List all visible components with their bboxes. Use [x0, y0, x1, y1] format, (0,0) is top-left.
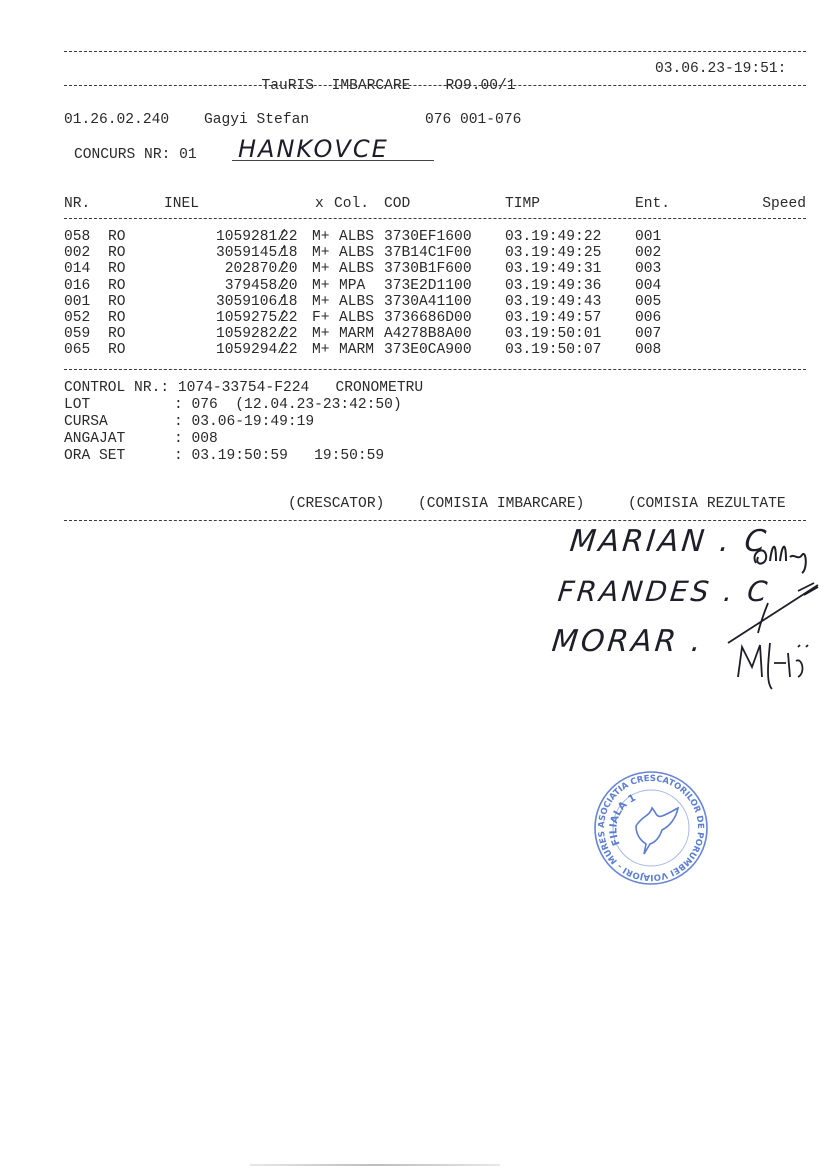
cell-time: 03.19:49:57 — [505, 310, 601, 327]
cell-color: ALBS — [339, 229, 374, 246]
divider — [64, 520, 806, 521]
table-row: 058RO1059281/22M+ALBS3730EF160003.19:49:… — [64, 229, 806, 246]
table-header: NR. INEL x Col. COD TIMP Ent. Speed — [64, 196, 806, 213]
angajat-label: ANGAJAT — [64, 431, 174, 448]
cell-ring: 1059275/ — [216, 310, 286, 327]
cell-sex: M+ — [312, 294, 330, 311]
cell-time: 03.19:49:43 — [505, 294, 601, 311]
ora-set-label: ORA SET — [64, 448, 174, 465]
table-row: 059RO1059282/22M+MARMA4278B8A0003.19:50:… — [64, 326, 806, 343]
signature-3: MORAR . — [551, 633, 705, 650]
cell-nr: 058 — [64, 229, 90, 246]
signature-3-name: MORAR . — [550, 624, 705, 659]
cell-time: 03.19:50:01 — [505, 326, 601, 343]
cursa-value: 03.06-19:49:19 — [192, 414, 315, 430]
device-type: CRONOMETRU — [336, 380, 424, 396]
cell-nr: 002 — [64, 245, 90, 262]
cell-code: 373E0CA900 — [384, 342, 472, 359]
cell-entry: 003 — [635, 261, 661, 278]
cell-time: 03.19:49:36 — [505, 278, 601, 295]
cell-color: MPA — [339, 278, 365, 295]
cell-color: ALBS — [339, 294, 374, 311]
table-row: 052RO1059275/22F+ALBS3736686D0003.19:49:… — [64, 310, 806, 327]
cursa-label: CURSA — [64, 414, 174, 431]
cell-sex: M+ — [312, 326, 330, 343]
cell-nr: 065 — [64, 342, 90, 359]
cell-time: 03.19:50:07 — [505, 342, 601, 359]
divider — [64, 51, 806, 52]
app-title: TauRIS IMBARCARE RO9.00/1 — [244, 61, 516, 95]
cell-country: RO — [108, 261, 126, 278]
cell-entry: 001 — [635, 229, 661, 246]
cell-nr: 001 — [64, 294, 90, 311]
cell-color: ALBS — [339, 245, 374, 262]
cell-ring: 3059106/ — [216, 294, 286, 311]
col-ent: Ent. — [635, 196, 670, 213]
cell-color: MARM — [339, 342, 374, 359]
cell-code: 373E2D1100 — [384, 278, 472, 295]
cell-code: 37B14C1F00 — [384, 245, 472, 262]
cell-entry: 006 — [635, 310, 661, 327]
ora-set-value: 03.19:50:59 19:50:59 — [192, 448, 385, 464]
cell-year: 20 — [280, 261, 298, 278]
cell-country: RO — [108, 278, 126, 295]
cell-code: 3730B1F600 — [384, 261, 472, 278]
cell-year: 22 — [280, 342, 298, 359]
signature-3-mark-icon — [734, 633, 824, 699]
module-name: IMBARCARE — [332, 78, 411, 94]
cell-nr: 014 — [64, 261, 90, 278]
signature-1: MARIAN . C — [569, 533, 769, 550]
cell-ring: 3059145/ — [216, 245, 286, 262]
cell-ring: 379458/ — [225, 278, 286, 295]
cell-entry: 002 — [635, 245, 661, 262]
table-row: 002RO3059145/18M+ALBS37B14C1F0003.19:49:… — [64, 245, 806, 262]
cell-code: A4278B8A00 — [384, 326, 472, 343]
scan-edge — [250, 1164, 500, 1166]
sig-crescator: (CRESCATOR) — [288, 496, 384, 513]
association-stamp: ASOCIATIA CRESCATORILOR DE PORUMBEI VOIA… — [590, 770, 712, 886]
cell-code: 3736686D00 — [384, 310, 472, 327]
cell-sex: M+ — [312, 342, 330, 359]
signature-1-name: MARIAN . C — [568, 524, 770, 559]
fancier-code: 01.26.02.240 — [64, 112, 169, 129]
cell-ring: 202870/ — [225, 261, 286, 278]
sig-comisia-rezultate: (COMISIA REZULTATE — [628, 496, 786, 513]
col-color: Col. — [334, 196, 369, 213]
cell-country: RO — [108, 245, 126, 262]
col-timp: TIMP — [505, 196, 540, 213]
cell-country: RO — [108, 342, 126, 359]
col-cod: COD — [384, 196, 410, 213]
cell-country: RO — [108, 310, 126, 327]
cell-year: 18 — [280, 294, 298, 311]
cell-year: 22 — [280, 326, 298, 343]
cursa-line: CURSA: 03.06-19:49:19 — [64, 414, 314, 431]
cell-country: RO — [108, 326, 126, 343]
stamp-seal-icon: ASOCIATIA CRESCATORILOR DE PORUMBEI VOIA… — [590, 770, 712, 886]
cell-color: ALBS — [339, 261, 374, 278]
control-nr-line: CONTROL NR.: 1074-33754-F224 CRONOMETRU — [64, 380, 423, 397]
cell-time: 03.19:49:22 — [505, 229, 601, 246]
cell-sex: M+ — [312, 245, 330, 262]
cell-year: 18 — [280, 245, 298, 262]
cell-color: ALBS — [339, 310, 374, 327]
cell-country: RO — [108, 294, 126, 311]
col-nr: NR. — [64, 196, 90, 213]
lot-line: LOT: 076 (12.04.23-23:42:50) — [64, 397, 402, 414]
divider — [64, 85, 806, 86]
cell-entry: 007 — [635, 326, 661, 343]
cell-country: RO — [108, 229, 126, 246]
angajat-line: ANGAJAT: 008 — [64, 431, 218, 448]
ora-set-line: ORA SET: 03.19:50:59 19:50:59 — [64, 448, 384, 465]
cell-sex: F+ — [312, 310, 330, 327]
cell-year: 20 — [280, 278, 298, 295]
cell-nr: 052 — [64, 310, 90, 327]
control-nr-value: 1074-33754-F224 — [178, 380, 309, 396]
divider — [64, 369, 806, 370]
cell-ring: 1059281/ — [216, 229, 286, 246]
table-row: 014RO202870/20M+ALBS3730B1F60003.19:49:3… — [64, 261, 806, 278]
cell-nr: 059 — [64, 326, 90, 343]
col-speed: Speed — [762, 196, 806, 213]
cell-code: 3730A41100 — [384, 294, 472, 311]
handwritten-location: HANKOVCE — [238, 136, 389, 162]
angajat-value: 008 — [192, 431, 218, 447]
table-row: 016RO379458/20M+MPA373E2D110003.19:49:36… — [64, 278, 806, 295]
app-name: TauRIS — [262, 78, 315, 94]
cell-year: 22 — [280, 310, 298, 327]
print-datetime: 03.06.23-19:51: — [655, 61, 786, 78]
cell-ring: 1059282/ — [216, 326, 286, 343]
cell-color: MARM — [339, 326, 374, 343]
cell-code: 3730EF1600 — [384, 229, 472, 246]
col-inel: INEL — [164, 196, 199, 213]
contest-number: CONCURS NR: 01 — [74, 147, 197, 164]
cell-sex: M+ — [312, 261, 330, 278]
cell-nr: 016 — [64, 278, 90, 295]
col-x: x — [315, 196, 324, 213]
cell-entry: 005 — [635, 294, 661, 311]
lot-range: 076 001-076 — [425, 112, 521, 129]
signature-1-mark-icon — [748, 535, 824, 575]
handwritten-signatures: MARIAN . C FRANDES . C MORAR . — [548, 533, 826, 703]
control-nr-label: CONTROL NR. — [64, 380, 160, 396]
table-row: 065RO1059294/22M+MARM373E0CA90003.19:50:… — [64, 342, 806, 359]
cell-sex: M+ — [312, 278, 330, 295]
cell-time: 03.19:49:25 — [505, 245, 601, 262]
lot-label: LOT — [64, 397, 174, 414]
version: RO9.00/1 — [445, 78, 515, 94]
location-underline — [232, 160, 434, 161]
cell-year: 22 — [280, 229, 298, 246]
table-row: 001RO3059106/18M+ALBS3730A4110003.19:49:… — [64, 294, 806, 311]
lot-value: 076 (12.04.23-23:42:50) — [192, 397, 402, 413]
cell-entry: 004 — [635, 278, 661, 295]
cell-entry: 008 — [635, 342, 661, 359]
cell-ring: 1059294/ — [216, 342, 286, 359]
fancier-name: Gagyi Stefan — [204, 112, 309, 129]
cell-sex: M+ — [312, 229, 330, 246]
divider — [64, 218, 806, 219]
sig-comisia-imbarcare: (COMISIA IMBARCARE) — [418, 496, 584, 513]
cell-time: 03.19:49:31 — [505, 261, 601, 278]
